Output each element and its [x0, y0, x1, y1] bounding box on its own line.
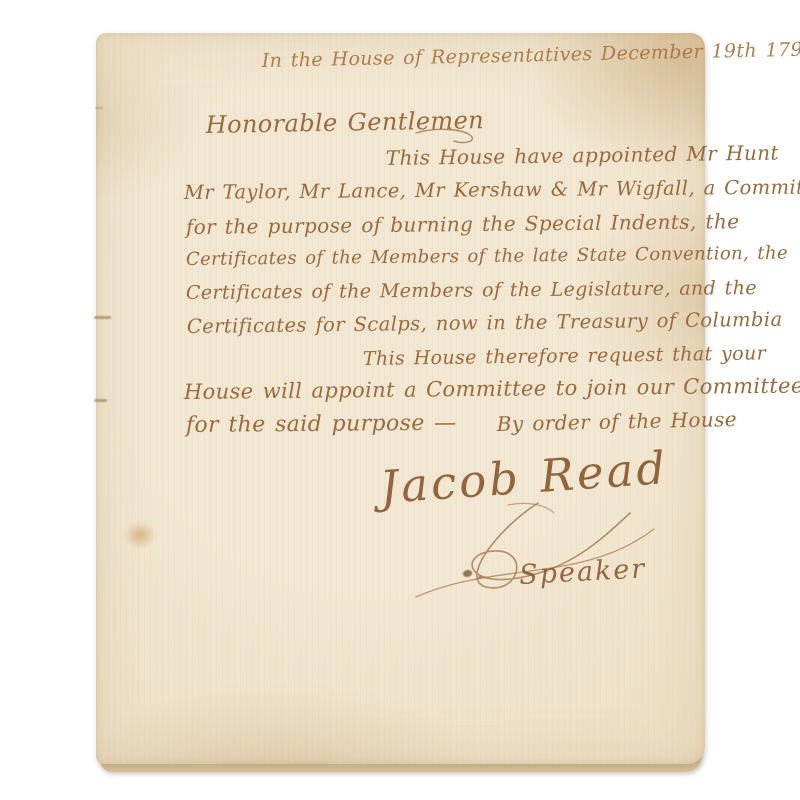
- binding-notch: [95, 107, 103, 109]
- binding-notch: [94, 316, 111, 319]
- body-line: Certificates for Scalps, now in the Trea…: [187, 308, 783, 338]
- body-line: Certificates of the Members of the late …: [186, 243, 788, 270]
- body-line: for the said purpose —: [186, 411, 457, 438]
- body-line: This House therefore request that your: [363, 342, 767, 370]
- signature-title: Speaker: [518, 553, 647, 591]
- body-line: This House have appointed Mr Hunt: [386, 141, 779, 170]
- dateline: In the House of Representatives December…: [262, 38, 800, 72]
- body-line: for the purpose of burning the Special I…: [186, 209, 740, 239]
- foxing-spot: [124, 521, 156, 549]
- photo-background: In the House of Representatives December…: [0, 0, 800, 800]
- body-line: Mr Taylor, Mr Lance, Mr Kershaw & Mr Wig…: [184, 175, 800, 204]
- closing-line: By order of the House: [496, 407, 737, 436]
- body-line: Certificates of the Members of the Legis…: [186, 277, 757, 304]
- salutation-tail-flourish: [414, 125, 484, 147]
- manuscript-paper: In the House of Representatives December…: [96, 33, 705, 764]
- body-line: House will appoint a Committee to join o…: [184, 374, 800, 404]
- binding-notch: [94, 399, 107, 402]
- ink-speck: [478, 576, 482, 579]
